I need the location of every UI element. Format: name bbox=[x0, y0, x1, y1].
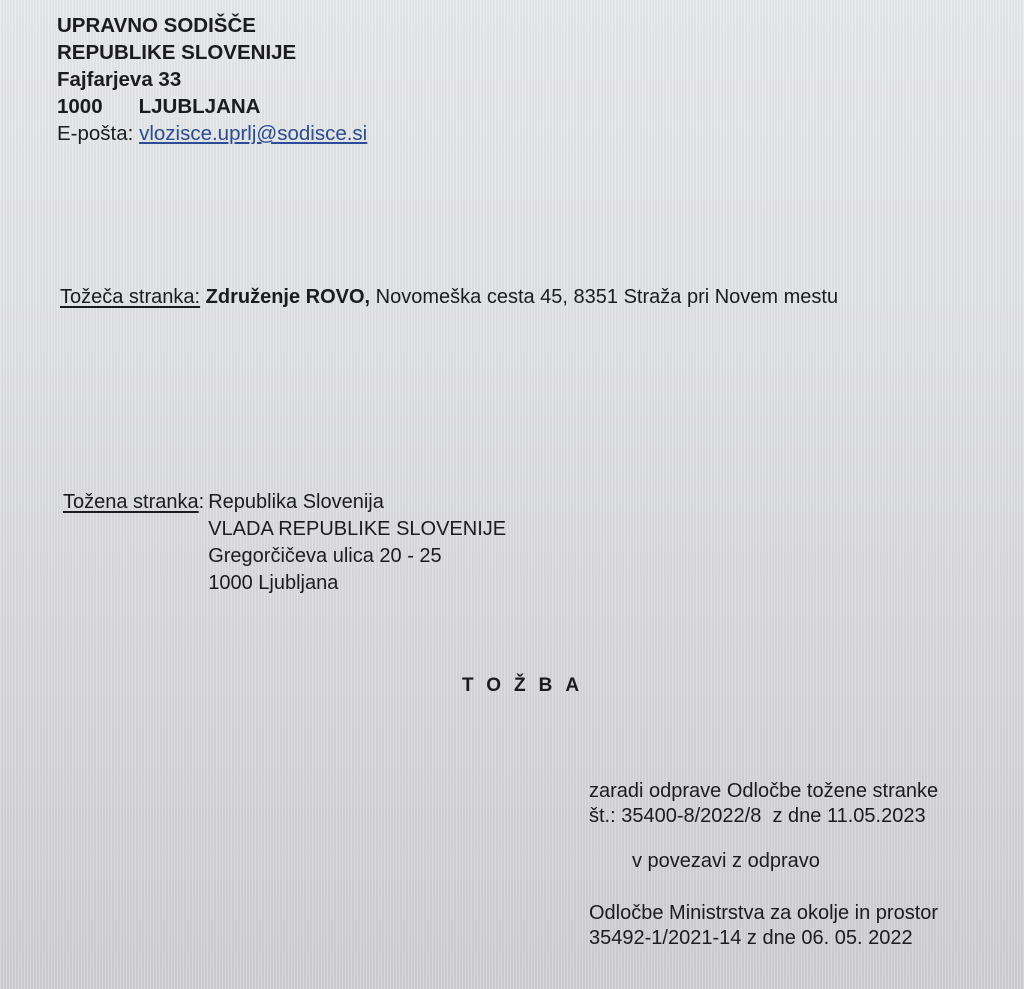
defendant-line: 1000 Ljubljana bbox=[208, 570, 506, 597]
subject-line: 35492-1/2021-14 z dne 06. 05. 2022 bbox=[589, 926, 938, 951]
subject-block-1: zaradi odprave Odločbe tožene stranke št… bbox=[589, 779, 938, 829]
defendant-label-wrap: Tožena stranka: bbox=[63, 489, 204, 597]
defendant-label-colon: : bbox=[199, 491, 205, 513]
subject-line: št.: 35400-8/2022/8 z dne 11.05.2023 bbox=[589, 804, 938, 829]
email-label: E-pošta: bbox=[57, 122, 133, 145]
defendant-address: Republika Slovenija VLADA REPUBLIKE SLOV… bbox=[208, 489, 506, 597]
plaintiff-name: Združenje ROVO, bbox=[206, 286, 370, 308]
plaintiff-address: Novomeška cesta 45, 8351 Straža pri Nove… bbox=[376, 286, 838, 308]
subject-line: zaradi odprave Odločbe tožene stranke bbox=[589, 779, 938, 804]
court-address-block: UPRAVNO SODIŠČE REPUBLIKE SLOVENIJE Fajf… bbox=[57, 12, 367, 147]
plaintiff-block: Tožeča stranka: Združenje ROVO, Novomešk… bbox=[60, 284, 838, 311]
defendant-line: VLADA REPUBLIKE SLOVENIJE bbox=[208, 516, 506, 543]
court-name-line2: REPUBLIKE SLOVENIJE bbox=[57, 39, 367, 66]
court-name-line1: UPRAVNO SODIŠČE bbox=[57, 12, 367, 39]
court-street: Fajfarjeva 33 bbox=[57, 66, 367, 93]
plaintiff-label: Tožeča stranka: bbox=[60, 286, 200, 308]
court-postcode: 1000 bbox=[57, 95, 103, 118]
court-email-line: E-pošta: vlozisce.uprlj@sodisce.si bbox=[57, 120, 367, 147]
defendant-line: Gregorčičeva ulica 20 - 25 bbox=[208, 543, 506, 570]
document-page: UPRAVNO SODIŠČE REPUBLIKE SLOVENIJE Fajf… bbox=[0, 0, 1024, 989]
document-title: TOŽBA bbox=[462, 675, 592, 697]
subject-block-2: Odločbe Ministrstva za okolje in prostor… bbox=[589, 901, 938, 951]
subject-line: Odločbe Ministrstva za okolje in prostor bbox=[589, 901, 938, 926]
subject-connector: v povezavi z odpravo bbox=[632, 849, 820, 874]
court-city: LJUBLJANA bbox=[139, 95, 261, 118]
defendant-line: Republika Slovenija bbox=[208, 489, 506, 516]
defendant-label: Tožena stranka bbox=[63, 491, 199, 513]
court-email-link[interactable]: vlozisce.uprlj@sodisce.si bbox=[139, 122, 367, 145]
court-city-line: 1000LJUBLJANA bbox=[57, 93, 367, 120]
defendant-block: Tožena stranka: Republika Slovenija VLAD… bbox=[63, 489, 506, 597]
